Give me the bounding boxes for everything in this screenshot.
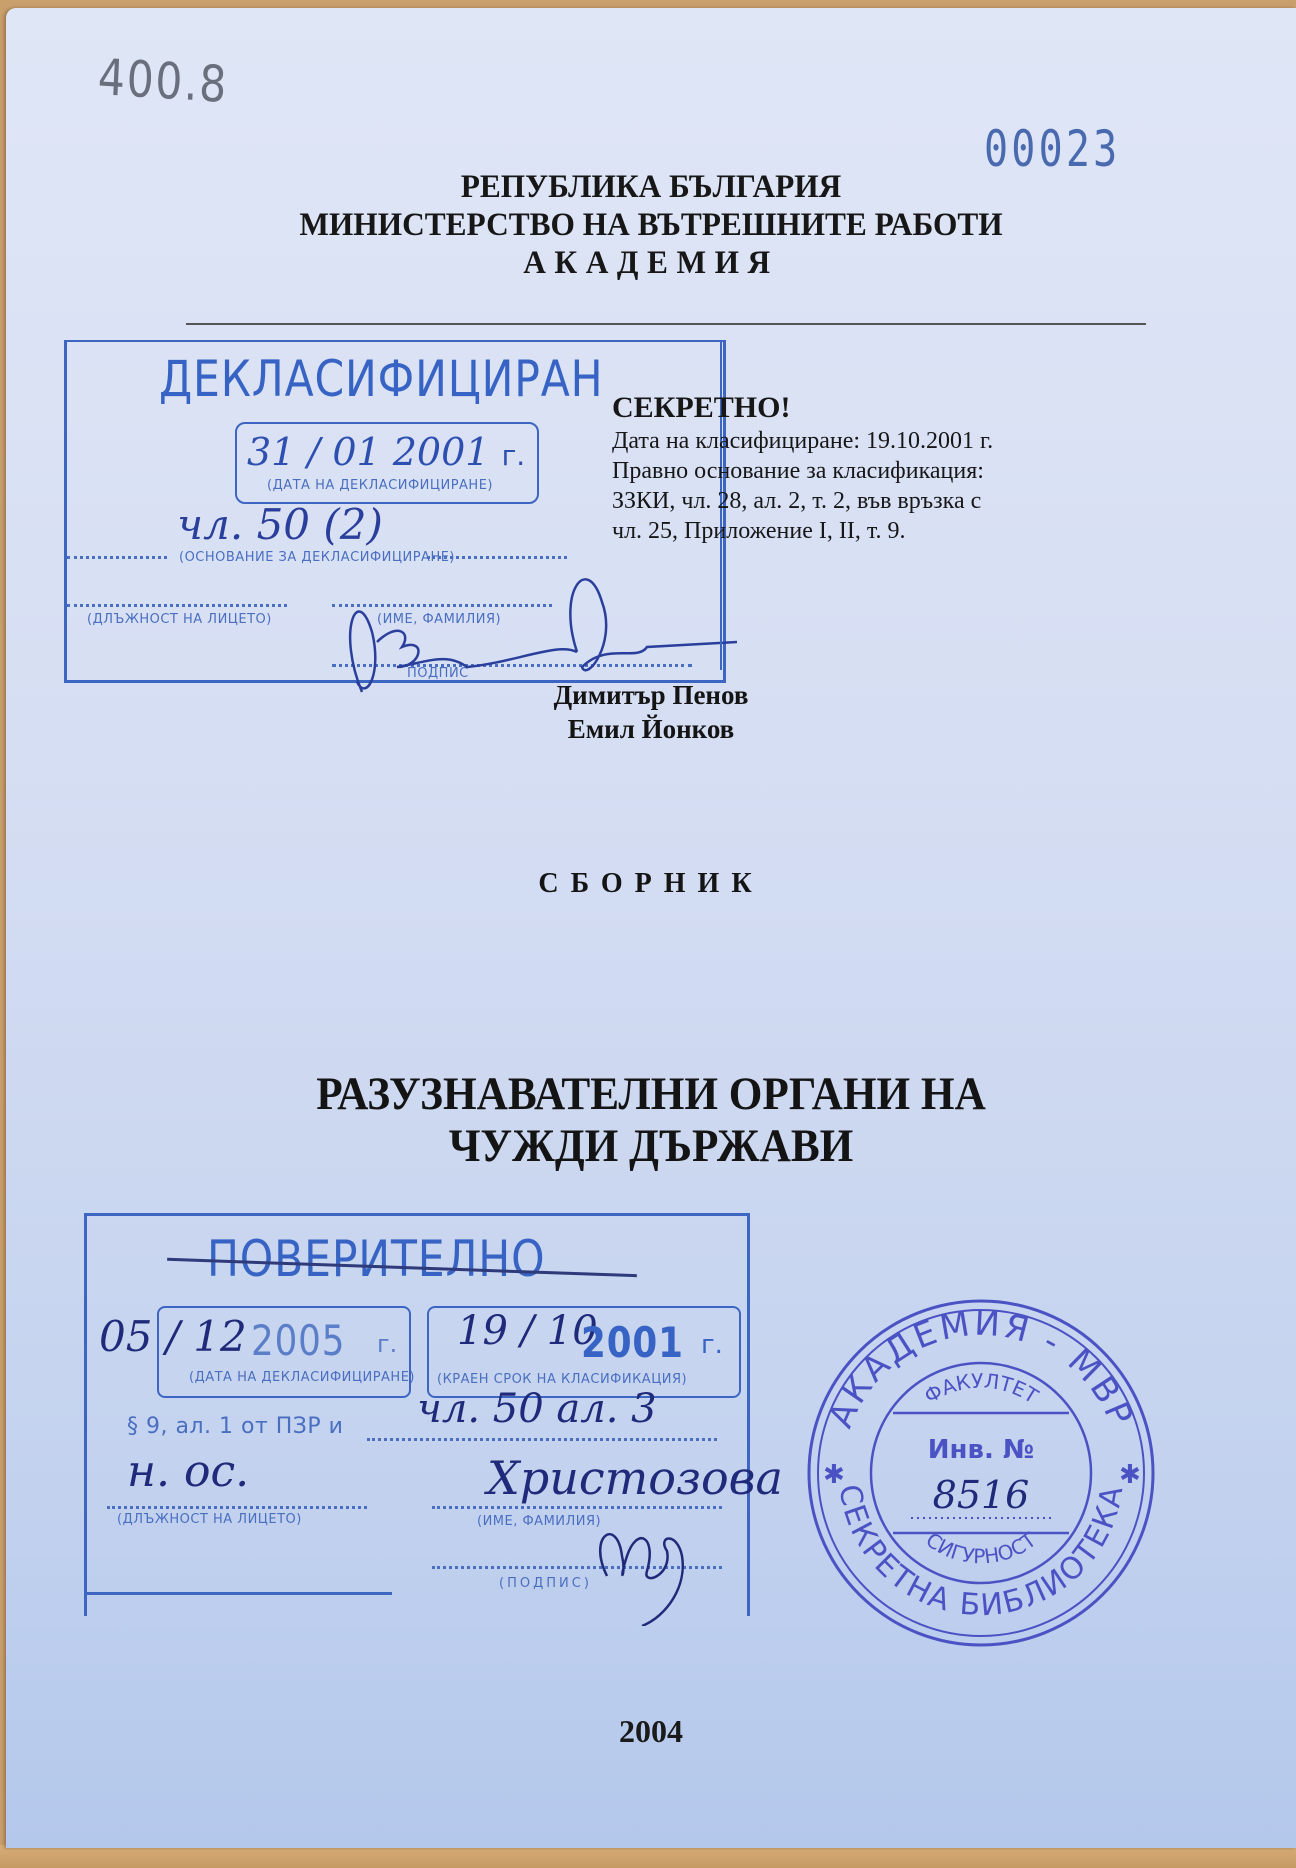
- dotted-line: [67, 604, 287, 607]
- deadline-year: 2001: [581, 1318, 684, 1367]
- publication-year: 2004: [6, 1713, 1296, 1750]
- position-handwritten: н. ос.: [127, 1446, 249, 1497]
- declassification-basis-caption: (ОСНОВАНИЕ ЗА ДЕКЛАСИФИЦИРАНЕ): [179, 550, 455, 565]
- title-line-2: ЧУЖДИ ДЪРЖАВИ: [58, 1120, 1245, 1172]
- legal-basis-printed: § 9, ал. 1 от ПЗР и: [127, 1414, 343, 1439]
- classification-level: СЕКРЕТНО!: [612, 390, 993, 426]
- main-title: РАЗУЗНАВАТЕЛНИ ОРГАНИ НА ЧУЖДИ ДЪРЖАВИ: [6, 1068, 1296, 1172]
- dotted-line: [367, 1438, 717, 1441]
- library-round-stamp: АКАДЕМИЯ - МВР СЕКРЕТНА БИБЛИОТЕКА ФАКУЛ…: [801, 1293, 1161, 1653]
- deadline-caption: (КРАЕН СРОК НА КЛАСИФИКАЦИЯ): [437, 1372, 687, 1387]
- year-suffix: г.: [701, 1330, 723, 1360]
- library-stamp-graphic: АКАДЕМИЯ - МВР СЕКРЕТНА БИБЛИОТЕКА ФАКУЛ…: [801, 1293, 1161, 1653]
- author-1: Димитър Пенов: [6, 678, 1296, 712]
- confidential-stamp-title: ПОВЕРИТЕЛНО: [207, 1230, 545, 1288]
- dotted-line: [432, 1506, 722, 1509]
- classification-block: СЕКРЕТНО! Дата на класифициране: 19.10.2…: [612, 390, 993, 546]
- legal-basis-handwritten: чл. 50 ал. 3: [417, 1386, 657, 1432]
- declassified-stamp-title: ДЕКЛАСИФИЦИРАН: [159, 350, 603, 408]
- classification-legal-basis-label: Правно основание за класификация:: [612, 456, 993, 486]
- declassification-date-handwritten: 31 / 01 2001 г.: [247, 430, 525, 474]
- institution-header: РЕПУБЛИКА БЪЛГАРИЯ МИНИСТЕРСТВО НА ВЪТРЕ…: [6, 168, 1296, 282]
- declass-year: 2005: [251, 1316, 345, 1365]
- authors: Димитър Пенов Емил Йонков: [6, 678, 1296, 746]
- name-caption: (ИМЕ, ФАМИЛИЯ): [477, 1514, 601, 1529]
- header-ministry: МИНИСТЕРСТВО НА ВЪТРЕШНИТЕ РАБОТИ: [38, 206, 1264, 244]
- position-caption: (ДЛЪЖНОСТ НА ЛИЦЕТО): [117, 1512, 302, 1527]
- classification-deadline-box: 19 / 10 2001 г. (КРАЕН СРОК НА КЛАСИФИКА…: [427, 1306, 741, 1398]
- declass-date-handwritten: 05 / 12: [99, 1312, 247, 1361]
- header-academy: АКАДЕМИЯ: [38, 244, 1264, 282]
- deadline-date-handwritten: 19 / 10: [457, 1308, 598, 1354]
- declass-date-box: 05 / 12 2005 г. (ДАТА НА ДЕКЛАСИФИЦИРАНЕ…: [157, 1306, 411, 1398]
- document-cover: 400.8 00023 РЕПУБЛИКА БЪЛГАРИЯ МИНИСТЕРС…: [6, 8, 1296, 1848]
- year-suffix: г.: [377, 1330, 397, 1358]
- signature-caption: (ПОДПИС): [499, 1576, 592, 1591]
- svg-text:ФАКУЛТЕТ: ФАКУЛТЕТ: [920, 1369, 1043, 1409]
- name-handwritten: Христозова: [487, 1451, 783, 1505]
- dotted-line: [107, 1506, 367, 1509]
- declassification-date-caption: (ДАТА НА ДЕКЛАСИФИЦИРАНЕ): [267, 478, 493, 493]
- classification-legal-basis-1: ЗЗКИ, чл. 28, ал. 2, т. 2, във връзка с: [612, 486, 993, 516]
- stamp-bottom-line: [87, 1592, 392, 1595]
- classification-date: Дата на класифициране: 19.10.2001 г.: [612, 426, 993, 456]
- declassification-basis-handwritten: чл. 50 (2): [177, 500, 383, 549]
- svg-text:8516: 8516: [933, 1473, 1030, 1517]
- declassification-date-value: 31 / 01 2001: [247, 430, 489, 474]
- declass-date-caption: (ДАТА НА ДЕКЛАСИФИЦИРАНЕ): [189, 1370, 415, 1385]
- dotted-line: [427, 556, 567, 559]
- collection-label: СБОРНИК: [6, 868, 1296, 900]
- classification-legal-basis-2: чл. 25, Приложение I, II, т. 9.: [612, 516, 993, 546]
- confidential-stamp: ПОВЕРИТЕЛНО 05 / 12 2005 г. (ДАТА НА ДЕК…: [84, 1213, 750, 1616]
- desk-surface: [0, 1845, 1296, 1868]
- author-2: Емил Йонков: [6, 712, 1296, 746]
- header-divider: [186, 323, 1146, 325]
- title-line-1: РАЗУЗНАВАТЕЛНИ ОРГАНИ НА: [58, 1068, 1245, 1120]
- declassification-date-box: 31 / 01 2001 г. (ДАТА НА ДЕКЛАСИФИЦИРАНЕ…: [235, 422, 539, 504]
- svg-text:Инв. №: Инв. №: [928, 1435, 1034, 1465]
- year-suffix: г.: [502, 439, 526, 472]
- handwritten-shelf-mark: 400.8: [97, 48, 230, 114]
- dotted-line: [67, 556, 167, 559]
- position-caption: (ДЛЪЖНОСТ НА ЛИЦЕТО): [87, 612, 272, 627]
- header-republic: РЕПУБЛИКА БЪЛГАРИЯ: [38, 168, 1264, 206]
- svg-text:✱: ✱: [1119, 1460, 1141, 1490]
- svg-text:✱: ✱: [823, 1460, 845, 1490]
- signature-scribble: [587, 1516, 707, 1626]
